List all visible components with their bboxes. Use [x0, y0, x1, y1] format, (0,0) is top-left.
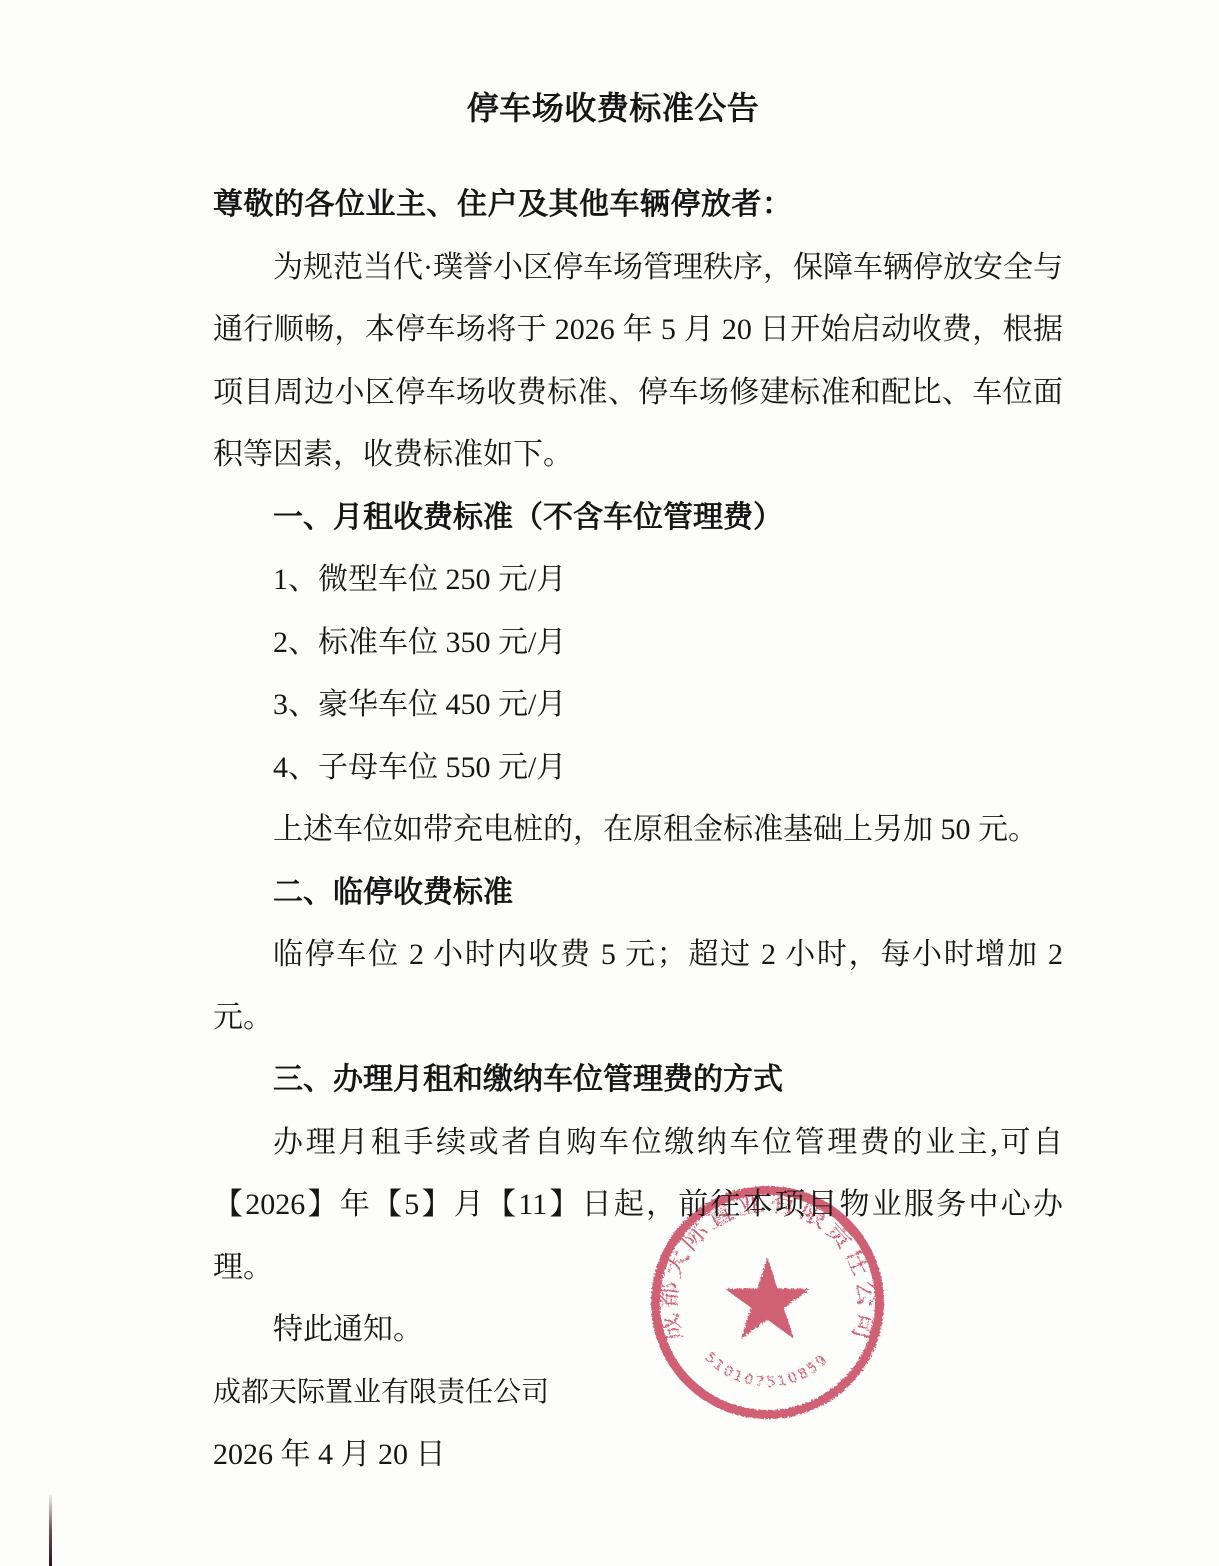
document-text-flow: 尊敬的各位业主、住户及其他车辆停放者： 为规范当代·璞誉小区停车场管理秩序，保障…	[213, 174, 1063, 1487]
section-3-body: 办理月租手续或者自购车位缴纳车位管理费的业主,可自【2026】年【5】月【11】…	[213, 1112, 1063, 1300]
salutation-line: 尊敬的各位业主、住户及其他车辆停放者：	[213, 174, 1063, 237]
signature-date: 2026 年 4 月 20 日	[213, 1424, 1063, 1487]
document-body: 停车场收费标准公告 尊敬的各位业主、住户及其他车辆停放者： 为规范当代·璞誉小区…	[213, 0, 1063, 1487]
scan-artifact-line	[49, 1495, 52, 1566]
intro-paragraph: 为规范当代·璞誉小区停车场管理秩序，保障车辆停放安全与通行顺畅，本停车场将于 2…	[213, 237, 1063, 487]
section-1-heading: 一、月租收费标准（不含车位管理费）	[213, 487, 1063, 550]
fee-item-standard: 2、标准车位 350 元/月	[213, 612, 1063, 675]
fee-item-deluxe: 3、豪华车位 450 元/月	[213, 674, 1063, 737]
fee-item-tandem: 4、子母车位 550 元/月	[213, 737, 1063, 800]
page-title: 停车场收费标准公告	[188, 84, 1038, 132]
closing-line: 特此通知。	[213, 1299, 1063, 1362]
section-2-heading: 二、临停收费标准	[213, 862, 1063, 925]
charging-pile-note: 上述车位如带充电桩的，在原租金标准基础上另加 50 元。	[213, 799, 1063, 862]
fee-item-micro: 1、微型车位 250 元/月	[213, 549, 1063, 612]
section-2-body: 临停车位 2 小时内收费 5 元；超过 2 小时，每小时增加 2 元。	[213, 924, 1063, 1049]
section-3-heading: 三、办理月租和缴纳车位管理费的方式	[213, 1049, 1063, 1112]
document-page: 成都天际置业有限责任公司 5101075108592 停车场收费标准公告 尊敬的…	[0, 0, 1219, 1566]
signature-company: 成都天际置业有限责任公司	[213, 1362, 1063, 1425]
